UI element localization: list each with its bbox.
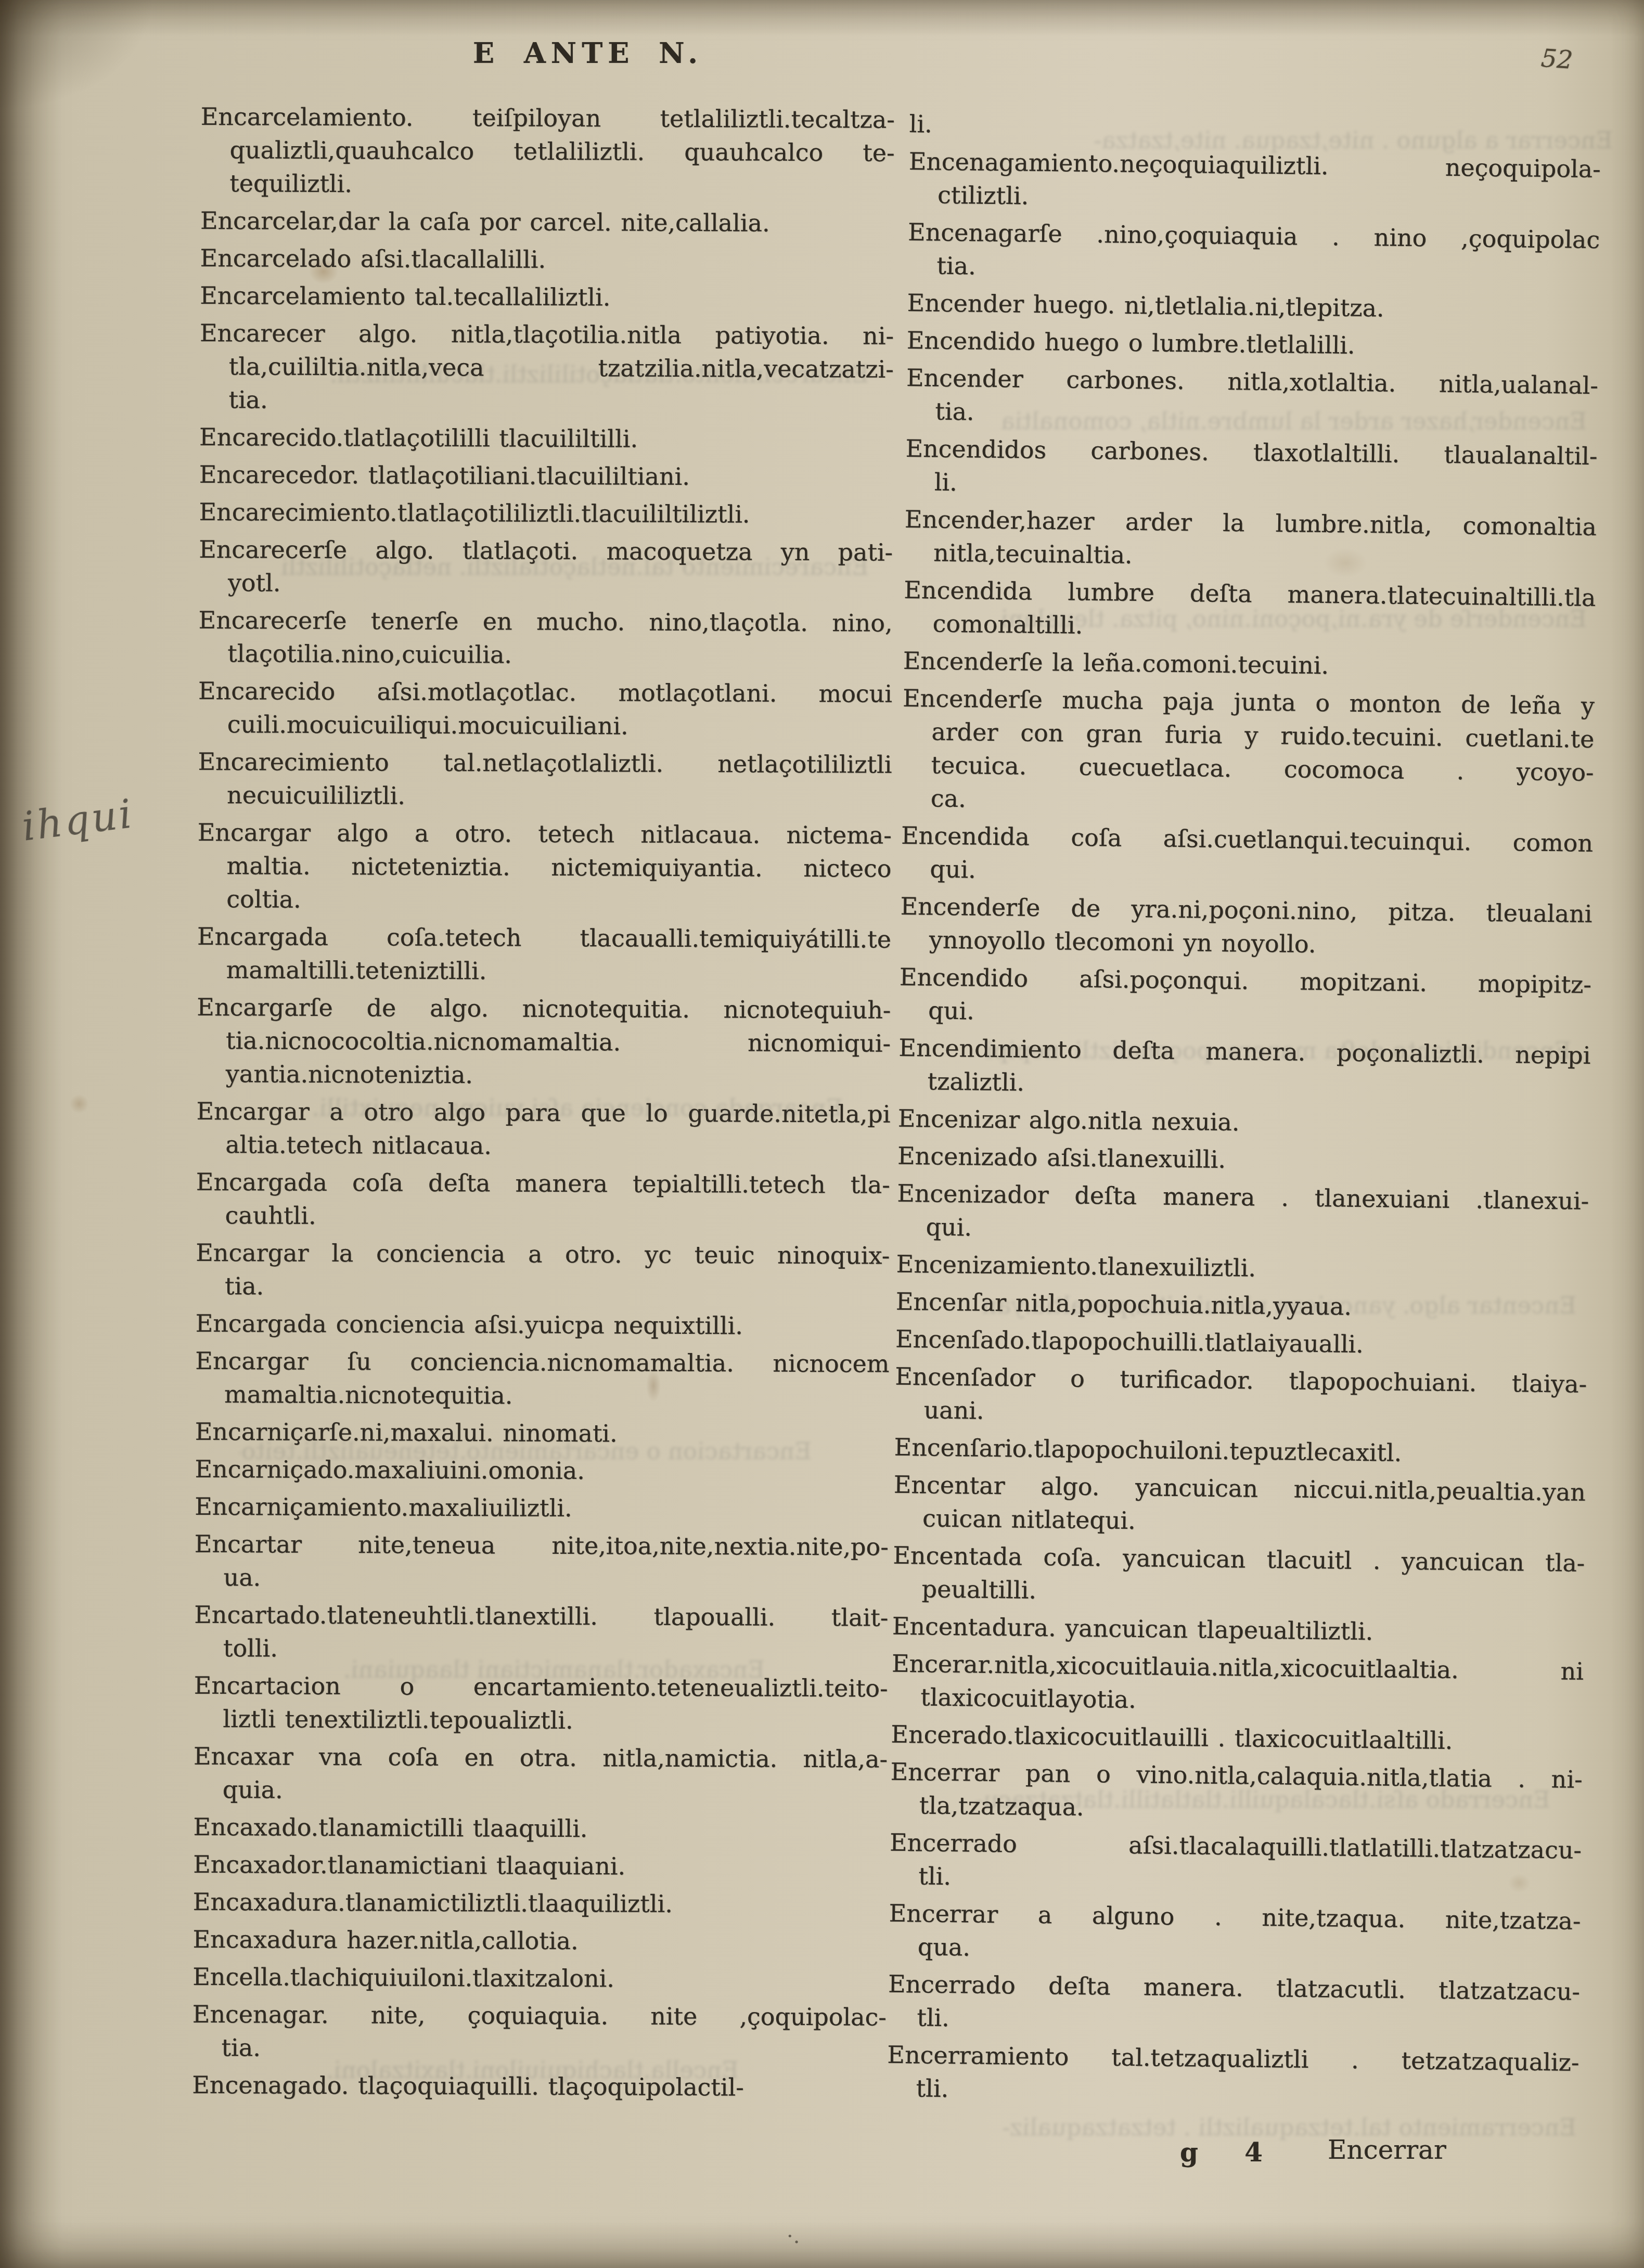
dictionary-entry: Encarcelado aſsi.tlacallalilli. — [200, 241, 894, 278]
dictionary-entry: Encarniçamiento.maxaliuiliztli. — [195, 1490, 889, 1526]
entry-line: Encendido huego o lumbre.tletlalilli. — [907, 324, 1599, 365]
dictionary-entry: Encarecerſe tenerſe en mucho. nino,tlaço… — [198, 603, 893, 673]
dictionary-entry: Encaxadura.tlanamictiliztli.tlaaquiliztl… — [193, 1885, 887, 1922]
dictionary-entry: Encartado.tlateneuhtli.tlanextilli. tlap… — [194, 1598, 889, 1668]
dictionary-entry: Encentadura. yancuican tlapeualtiliztli. — [892, 1609, 1585, 1651]
entry-line: Encarecerſe algo. tlatlaçoti. macoquetza… — [199, 533, 893, 569]
dictionary-entry: Encarecimiento tal.netlaçotlaliztli. net… — [198, 745, 892, 815]
dictionary-entry: Encenizamiento.tlanexuiliztli. — [896, 1247, 1588, 1288]
dictionary-entry: Encarecido aſsi.motlaçotlac. motlaçotlan… — [198, 674, 893, 744]
dictionary-entry: Encargarſe de algo. nicnotequitia. nicno… — [197, 990, 891, 1093]
entry-line: Encargada conciencia aſsi.yuicpa nequixt… — [196, 1307, 890, 1343]
entry-line: Encaxadura.tlanamictiliztli.tlaaquiliztl… — [193, 1885, 887, 1922]
entry-line: Encenagado. tlaçoquiaquilli. tlaçoquipol… — [192, 2068, 886, 2105]
entry-line: Encarecido.tlatlaçotililli tlacuililtill… — [199, 420, 893, 457]
entry-line: Encarecimiento tal.netlaçotlaliztli. net… — [198, 745, 892, 781]
entry-line: Encerado.tlaxicocuitlauilli . tlaxicocui… — [891, 1718, 1583, 1759]
entry-line: liztli tenextiliztli.tepoualiztli. — [194, 1702, 888, 1738]
dictionary-entry: Encaxadura hazer.nitla,callotia. — [192, 1923, 887, 1959]
dictionary-entry: Encaxado.tlanamictilli tlaaquilli. — [193, 1810, 887, 1847]
entry-line: Encarcelado aſsi.tlacallalilli. — [200, 241, 894, 278]
dictionary-entry: Encargada coſa.tetech tlacaualli.temiqui… — [197, 920, 892, 989]
dictionary-entry: Encarecimiento.tlatlaçotililiztli.tlacui… — [199, 495, 893, 532]
dictionary-entry: Encarniçado.maxaliuini.omonia. — [195, 1452, 889, 1489]
dictionary-entry: li. — [909, 107, 1601, 148]
dictionary-entry: Encerramiento tal.tetzaqualiztli . tetza… — [887, 2038, 1579, 2112]
entry-line: tia. — [196, 1269, 890, 1306]
entry-line: Encenizar algo.nitla nexuia. — [898, 1102, 1590, 1143]
entry-line: Encargar ſu conciencia.nicnomamaltia. ni… — [195, 1344, 889, 1381]
entry-line: cauhtli. — [196, 1199, 890, 1235]
entry-line: Encenagar. nite, çoquiaquia. nite ,çoqui… — [192, 1998, 887, 2034]
entry-line: ua. — [194, 1561, 888, 1597]
entry-line: Encaxador.tlanamictiani tlaaquiani. — [193, 1848, 887, 1884]
entry-line: yantia.nicnoteniztia. — [197, 1057, 891, 1093]
entry-line: Encargar algo a otro. tetech nitlacaua. … — [198, 816, 892, 852]
entry-line: Encargar a otro algo para que lo guarde.… — [196, 1094, 890, 1131]
dictionary-entry: Encarniçarſe.ni,maxalui. ninomati. — [195, 1415, 889, 1451]
entry-line: maltia. nicteteniztia. nictemiquiyantia.… — [197, 849, 891, 885]
entry-line: tia. — [192, 2031, 887, 2067]
entry-line: Encella.tlachiquiuiloni.tlaxitzaloni. — [192, 1960, 887, 1996]
entry-line: Encenſado.tlapopochuilli.tlatlaiyaualli. — [895, 1322, 1588, 1363]
dictionary-entry: Encenagarſe .nino,çoquiaquia . nino ,çoq… — [907, 215, 1600, 290]
entry-line: Encarecido aſsi.motlaçotlac. motlaçotlan… — [198, 674, 892, 711]
entry-line: li. — [909, 107, 1601, 148]
entry-line: quia. — [194, 1773, 888, 1809]
dictionary-entry: Encargar algo a otro. tetech nitlacaua. … — [197, 816, 892, 919]
page-number: 52 — [1540, 44, 1574, 75]
dictionary-entry: Encargar ſu conciencia.nicnomamaltia. ni… — [195, 1344, 890, 1414]
entry-line: Encaxadura hazer.nitla,callotia. — [192, 1923, 887, 1959]
dictionary-entry: Encentada coſa. yancuican tlacuitl . yan… — [892, 1539, 1585, 1613]
dictionary-entry: Encenſador o turificador. tlapopochuiani… — [894, 1360, 1587, 1434]
dictionary-entry: Encella.tlachiquiuiloni.tlaxitzaloni. — [192, 1960, 887, 1996]
dictionary-entry: Encendimiento deſta manera. poçonaliztli… — [898, 1031, 1590, 1105]
entry-line: tia.nicnococoltia.nicnomamaltia. nicnomi… — [197, 1024, 891, 1060]
entry-line: Encargarſe de algo. nicnotequitia. nicno… — [197, 990, 891, 1027]
entry-line: Encargar la conciencia a otro. yc teuic … — [196, 1236, 890, 1272]
entry-line: yotl. — [199, 566, 893, 602]
dictionary-entry: Encenizado aſsi.tlanexuilli. — [897, 1139, 1590, 1180]
dictionary-entry: Encerrado aſsi.tlacalaquilli.tlatlatilli… — [889, 1826, 1582, 1900]
dictionary-entry: Encenizador deſta manera . tlanexuiani .… — [896, 1177, 1589, 1251]
dictionary-entry: Encarcelar,dar la caſa por carcel. nite,… — [200, 204, 894, 240]
entry-line: Encender huego. ni,tletlalia.ni,tlepitza… — [907, 286, 1599, 327]
dictionary-entry: Encarcelamiento tal.tecallaliliztli. — [200, 279, 894, 315]
dictionary-entry: Encentar algo. yancuican niccui.nitla,pe… — [893, 1468, 1586, 1542]
dictionary-entry: Encaxar vna coſa en otra. nitla,namictia… — [194, 1739, 888, 1809]
entry-line: Encargada coſa deſta manera tepialtilli.… — [196, 1165, 890, 1202]
entry-line: Encaxar vna coſa en otra. nitla,namictia… — [194, 1739, 888, 1776]
entry-line: Encartacion o encartamiento.teteneualizt… — [194, 1669, 888, 1705]
entry-line: Encarecimiento.tlatlaçotililiztli.tlacui… — [199, 495, 893, 532]
dictionary-entry: Encarecer algo. nitla,tlaçotilia.nitla p… — [199, 316, 894, 419]
entry-line: cuili.mocuicuiliqui.mocuicuiliani. — [198, 707, 892, 744]
entry-line: tolli. — [194, 1631, 888, 1668]
entry-line: altia.tetech nitlacaua. — [196, 1128, 890, 1164]
dictionary-entry: Encender carbones. nitla,xotlaltia. nitl… — [906, 361, 1598, 435]
dictionary-entry: Encerrar pan o vino.nitla,calaquia.nitla… — [890, 1755, 1583, 1829]
dictionary-entry: Encarcelamiento. teiſpiloyan tetlalilizt… — [200, 100, 895, 203]
dictionary-entry: Encenſar nitla,popochuia.nitla,yyaua. — [896, 1285, 1588, 1326]
dictionary-entry: Encendido huego o lumbre.tletlalilli. — [907, 324, 1599, 365]
entry-line: Encarniçarſe.ni,maxalui. ninomati. — [195, 1415, 889, 1451]
dictionary-entry: Encargar la conciencia a otro. yc teuic … — [196, 1236, 890, 1306]
running-head: E ANTE N. — [0, 36, 1176, 70]
entry-line: tequiliztli. — [200, 166, 894, 203]
entry-line: tla,cuililtia.nitla,veca tzatzilia.nitla… — [200, 350, 894, 386]
entry-line: tlaçotilia.nino,cuicuilia. — [198, 637, 892, 673]
dictionary-entry: Encendidos carbones. tlaxotlaltilli. tla… — [905, 432, 1597, 506]
entry-line: Encarniçado.maxaliuini.omonia. — [195, 1452, 889, 1489]
entry-line: Encenderſe la leña.comoni.tecuini. — [903, 644, 1596, 685]
ink-mark: ·. — [787, 2224, 800, 2248]
entry-line: Encenizado aſsi.tlanexuilli. — [897, 1139, 1590, 1180]
dictionary-entry: Encenderſe de yra.ni,poçoni.nino, pitza.… — [900, 890, 1592, 964]
entry-line: necuicuililiztli. — [198, 778, 892, 815]
dictionary-entry: Encender huego. ni,tletlalia.ni,tlepitza… — [907, 286, 1599, 327]
dictionary-entry: Encenderſe mucha paja junta o monton de … — [902, 681, 1595, 822]
entry-line: Encenizamiento.tlanexuiliztli. — [896, 1247, 1588, 1288]
dictionary-entry: Encarecedor. tlatlaçotiliani.tlacuililti… — [199, 458, 893, 494]
dictionary-entry: Encarecerſe algo. tlatlaçoti. macoquetza… — [199, 533, 893, 602]
dictionary-entry: Encenagamiento.neçoquiaquiliztli. neçoqu… — [908, 145, 1601, 219]
entry-line: Encarniçamiento.maxaliuiliztli. — [195, 1490, 889, 1526]
entry-line: qualiztli,quauhcalco tetlaliliztli. quau… — [200, 133, 894, 170]
quire-signature: g 4 — [1180, 2137, 1281, 2168]
dictionary-entry: Encerrar a alguno . nite,tzaqua. nite,tz… — [889, 1897, 1581, 1971]
page-scan: E ANTE N. 52 ihqui Encarcelamiento. teiſ… — [0, 0, 1644, 2268]
entry-line: tia. — [199, 383, 893, 419]
entry-line: Encarecedor. tlatlaçotiliani.tlacuililti… — [199, 458, 893, 494]
catchword: Encerrar — [1328, 2135, 1446, 2165]
entry-line: Encenſar nitla,popochuia.nitla,yyaua. — [896, 1285, 1588, 1326]
dictionary-entry: Encartar nite,teneua nite,itoa,nite,next… — [194, 1527, 889, 1597]
entry-line: Encenſario.tlapopochuiloni.tepuztlecaxit… — [894, 1431, 1586, 1472]
dictionary-entry: Encerado.tlaxicocuitlauilli . tlaxicocui… — [891, 1718, 1583, 1759]
dictionary-entry: Encerrado deſta manera. tlatzacutli. tla… — [888, 1967, 1580, 2042]
entry-line: coltia. — [197, 882, 891, 919]
entry-line: Encarecer algo. nitla,tlaçotilia.nitla p… — [200, 316, 894, 353]
dictionary-entry: Encargada conciencia aſsi.yuicpa nequixt… — [196, 1307, 890, 1343]
dictionary-entry: Encenagar. nite, çoquiaquia. nite ,çoqui… — [192, 1998, 887, 2067]
column-right: li.Encenagamiento.neçoquiaquiliztli. neç… — [887, 107, 1601, 2117]
dictionary-entry: Encargada coſa deſta manera tepialtilli.… — [196, 1165, 891, 1235]
dictionary-entry: Encenſario.tlapopochuiloni.tepuztlecaxit… — [894, 1431, 1586, 1472]
dictionary-entry: Encenizar algo.nitla nexuia. — [898, 1102, 1590, 1143]
entry-line: Encartar nite,teneua nite,itoa,nite,next… — [195, 1527, 889, 1564]
dictionary-entry: Encaxador.tlanamictiani tlaaquiani. — [193, 1848, 887, 1884]
dictionary-entry: Encender,hazer arder la lumbre.nitla, co… — [904, 502, 1597, 577]
dictionary-entry: Encarecido.tlatlaçotililli tlacuililtill… — [199, 420, 893, 457]
page-footer: g 4 Encerrar — [0, 2137, 1644, 2194]
entry-line: Encartado.tlateneuhtli.tlanextilli. tlap… — [194, 1598, 888, 1634]
entry-line: Encaxado.tlanamictilli tlaaquilli. — [193, 1810, 887, 1847]
dictionary-entry: Encenagado. tlaçoquiaquilli. tlaçoquipol… — [192, 2068, 886, 2105]
dictionary-entry: Encendido aſsi.poçonqui. mopitzani. mopi… — [899, 960, 1591, 1035]
entry-line: Encarcelar,dar la caſa por carcel. nite,… — [200, 204, 894, 240]
entry-line: mamaltilli.teteniztilli. — [197, 953, 891, 989]
dictionary-entry: Encendida coſa aſsi.cuetlanqui.tecuinqui… — [901, 819, 1593, 893]
dictionary-entry: Encerar.nitla,xicocuitlauia.nitla,xicocu… — [891, 1647, 1584, 1721]
entry-line: Encarcelamiento. teiſpiloyan tetlalilizt… — [201, 100, 895, 136]
handwritten-margin-note: ihqui — [19, 790, 136, 850]
dictionary-entry: Encartacion o encartamiento.teteneualizt… — [194, 1669, 888, 1738]
entry-line: Encentadura. yancuican tlapeualtiliztli. — [892, 1609, 1585, 1651]
entry-line: Encargada coſa.tetech tlacaualli.temiqui… — [197, 920, 891, 956]
entry-line: mamaltia.nicnotequitia. — [195, 1377, 889, 1414]
dictionary-entry: Encenderſe la leña.comoni.tecuini. — [903, 644, 1596, 685]
entry-line: Encarcelamiento tal.tecallaliliztli. — [200, 279, 894, 315]
dictionary-entry: Encargar a otro algo para que lo guarde.… — [196, 1094, 891, 1164]
dictionary-entry: Encendida lumbre deſta manera.tlatecuina… — [903, 573, 1596, 648]
column-left: Encarcelamiento. teiſpiloyan tetlalilizt… — [192, 100, 895, 2109]
entry-line: Encarecerſe tenerſe en mucho. nino,tlaço… — [198, 603, 892, 640]
dictionary-entry: Encenſado.tlapopochuilli.tlatlaiyaualli. — [895, 1322, 1588, 1363]
